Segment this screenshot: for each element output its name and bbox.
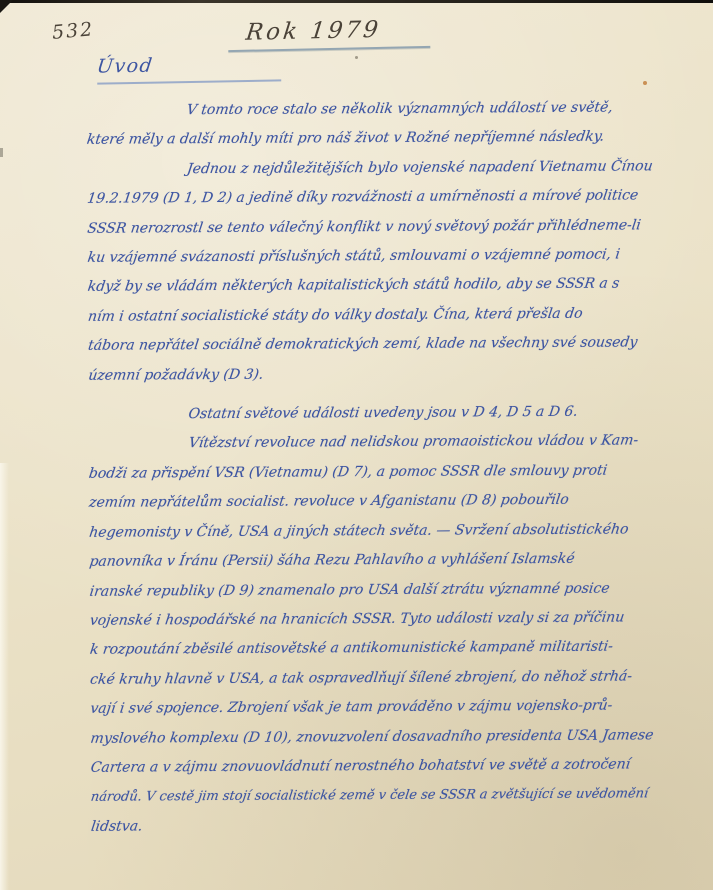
scan-corner-mark-top-left — [0, 0, 13, 13]
manuscript-line: ním i ostatní socialistické státy do vál… — [86, 299, 670, 332]
manuscript-line: myslového komplexu (D 10), znovuzvolení … — [89, 721, 673, 754]
heading-underline — [97, 79, 281, 84]
section-heading: Úvod — [97, 52, 281, 84]
manuscript-line: V tomto roce stalo se několik významných… — [85, 93, 669, 126]
manuscript-line: Ostatní světové události uvedeny jsou v … — [87, 397, 671, 430]
manuscript-line: cké kruhy hlavně v USA, a tak ospravedlň… — [88, 662, 672, 695]
manuscript-line: bodži za přispění VSR (Vietnamu) (D 7), … — [87, 456, 671, 489]
manuscript-line: ku vzájemné svázanosti příslušných států… — [86, 240, 670, 273]
manuscript-line: lidstva. — [89, 809, 673, 842]
manuscript-line: které měly a další mohly míti pro náš ži… — [85, 123, 669, 156]
manuscript-line: národů. V cestě jim stojí socialistické … — [89, 780, 673, 813]
manuscript-line: Cartera a v zájmu znovuovládnutí nerostn… — [89, 750, 673, 783]
scan-edge-mark — [0, 148, 3, 157]
manuscript-line: vají i své spojence. Zbrojení však je ta… — [88, 691, 672, 724]
manuscript-body: V tomto roce stalo se několik významných… — [86, 93, 671, 842]
manuscript-line: iranské republiky (D 9) znamenalo pro US… — [88, 574, 672, 607]
manuscript-line: když by se vládám některých kapitalistic… — [86, 270, 670, 303]
manuscript-line: územní požadávky (D 3). — [86, 358, 670, 391]
title-underline — [228, 46, 430, 52]
manuscript-line: Jednou z nejdůležitějších bylo vojenské … — [85, 152, 669, 185]
manuscript-line: SSSR nerozrostl se tento válečný konflik… — [85, 211, 669, 244]
manuscript-line: zemím nepřátelům socialist. revoluce v A… — [87, 485, 671, 518]
scanned-manuscript-page: 532 Rok 1979 Úvod V tomto roce stalo se … — [0, 0, 713, 890]
page-number: 532 — [51, 18, 95, 44]
paper-speck — [355, 56, 358, 59]
section-heading-text: Úvod — [96, 52, 283, 77]
paper-left-edge-highlight — [0, 463, 9, 890]
manuscript-line: hegemonisty v Číně, USA a jiných státech… — [87, 515, 671, 548]
paper-speck — [643, 81, 647, 85]
manuscript-line: panovníka v Íránu (Persii) šáha Rezu Pah… — [87, 544, 671, 577]
manuscript-line: k rozpoutání zběsilé antisovětské a anti… — [88, 633, 672, 666]
page-title: Rok 1979 — [228, 16, 431, 52]
manuscript-line: Vítězství revoluce nad nelidskou promaoi… — [87, 427, 671, 460]
scan-top-edge — [0, 0, 713, 3]
manuscript-line: vojenské i hospodářské na hranicích SSSR… — [88, 603, 672, 636]
page-title-text: Rok 1979 — [226, 16, 431, 46]
manuscript-line: 19.2.1979 (D 1, D 2) a jedině díky rozvá… — [85, 181, 669, 214]
manuscript-line: tábora nepřátel sociálně demokratických … — [86, 328, 670, 361]
